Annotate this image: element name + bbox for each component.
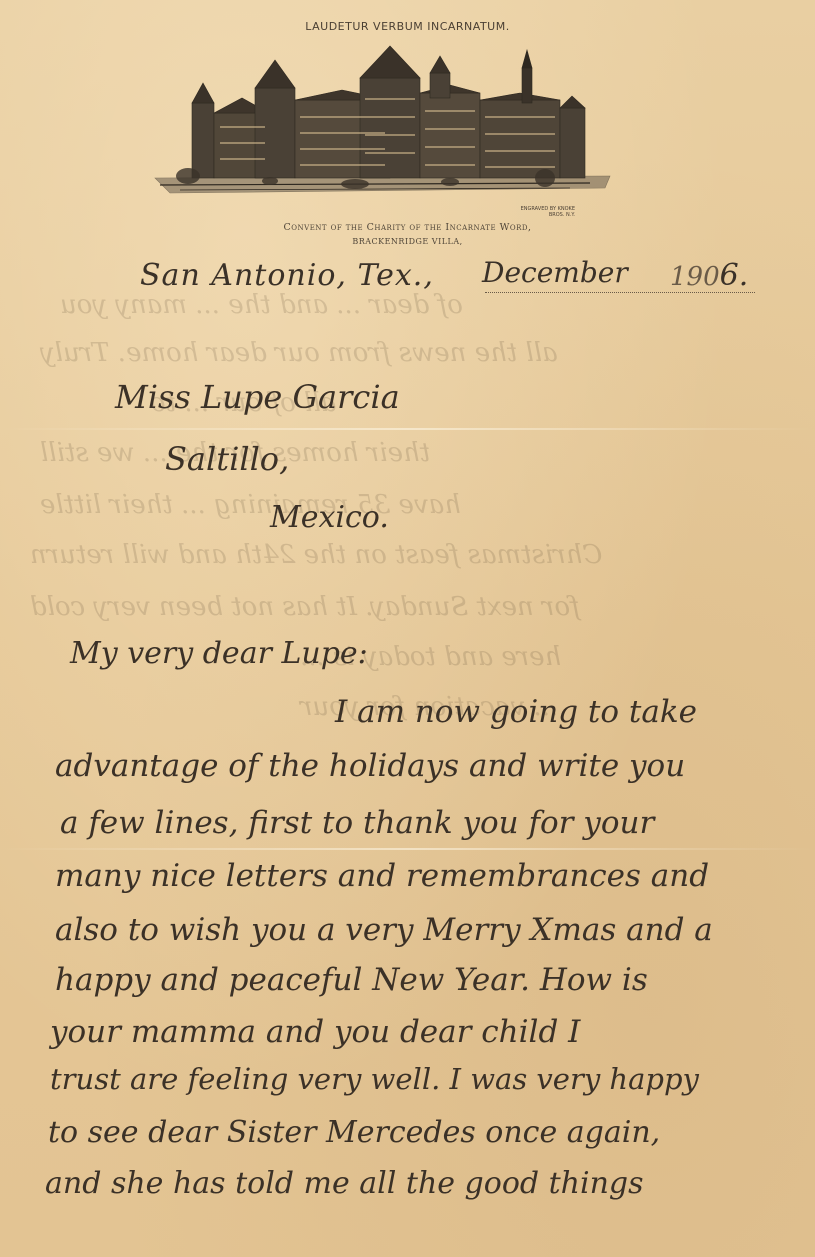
letter-line: trust are feeling very well. I was very … [50,1062,699,1096]
institution-location: BRACKENRIDGE VILLA, [0,237,815,246]
bleed-through-line: for next Sunday. It has not been very co… [30,592,580,622]
convent-building-illustration [150,38,620,198]
letter-line: a few lines, first to thank you for your [60,805,654,841]
engraver-credit: ENGRAVED BY KNOKE BROS. N.Y. [505,206,575,218]
dateline-city: San Antonio, Tex., [140,258,434,293]
dateline-year: 1906. [670,258,748,293]
letter-line: I am now going to take [335,694,697,730]
letter-line: many nice letters and remembrances and [55,858,709,894]
letter-line: advantage of the holidays and write you [55,748,685,784]
dateline: San Antonio, Tex., December 1906. [140,250,780,300]
letter-line: and she has told me all the good things [45,1166,644,1201]
letter-line: to see dear Sister Mercedes once again, [48,1115,660,1150]
letter-page: of dear ... and the ... many you all the… [0,0,815,1257]
bleed-through-line: have 35 remaining ... their little [40,490,461,520]
letterhead-motto: LAUDETUR VERBUM INCARNATUM. [0,20,815,33]
bleed-through-line: all the news from our dear home. Truly [40,338,558,368]
dateline-month: December [482,256,628,289]
letter-line: happy and peaceful New Year. How is [55,962,648,998]
address-city: Saltillo, [165,440,289,478]
paper-fold [0,848,815,850]
salutation: My very dear Lupe: [70,636,368,671]
letter-line: also to wish you a very Merry Xmas and a [55,912,713,948]
institution-name: Convent of the Charity of the Incarnate … [0,222,815,233]
paper-fold [0,428,815,430]
address-country: Mexico. [270,500,389,535]
letter-line: your mamma and you dear child I [50,1014,580,1050]
bleed-through-line: Christmas feast on the 24th and will ret… [30,540,602,570]
address-name: Miss Lupe Garcia [115,378,400,416]
